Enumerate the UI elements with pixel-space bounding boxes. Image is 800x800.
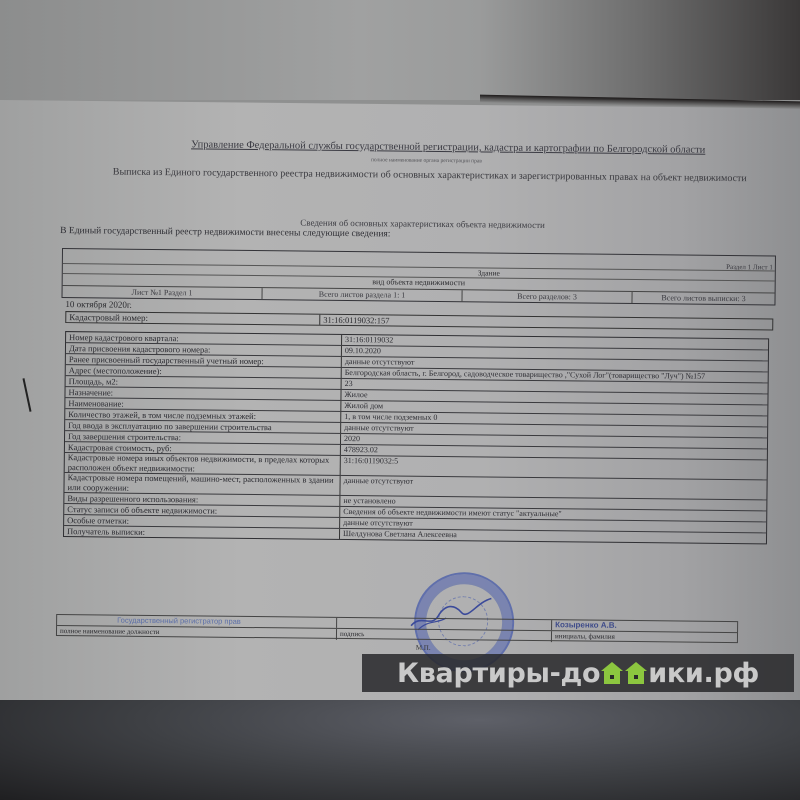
site-watermark: Квартиры-до ики.рф <box>362 654 794 692</box>
cadastral-number-value: 31:16:0119032:157 <box>320 315 772 330</box>
registrar-name: Козыренко А.В. <box>552 620 737 632</box>
row-label: Кадастровые номера помещений, машино-мес… <box>64 473 340 495</box>
document: Управление Федеральной службы государств… <box>0 0 800 700</box>
row-label: Получатель выписки: <box>64 526 340 539</box>
signature-caption: подпись <box>337 629 552 642</box>
extract-date: 10 октября 2020г. <box>65 299 131 310</box>
sheet-number: Лист №1 Раздел 1 <box>63 286 263 299</box>
total-sheets: Всего листов выписки: 3 <box>632 292 774 304</box>
watermark-text-end: ики.рф <box>648 658 759 689</box>
house-icon <box>625 662 647 684</box>
agency-caption: полное наименование органа регистрации п… <box>371 157 482 164</box>
properties-table: Номер кадастрового квартала:31:16:011903… <box>63 331 769 544</box>
extract-title: Выписка из Единого государственного реес… <box>113 167 747 185</box>
house-icon <box>601 662 623 684</box>
header-frame: Раздел 1 Лист 1 Здание вид объекта недви… <box>61 248 775 305</box>
background-bottom <box>0 700 800 800</box>
cadastral-number-label: Кадастровый номер: <box>66 312 320 325</box>
seal-caption: М.П. <box>416 644 431 652</box>
agency-name: Управление Федеральной службы государств… <box>191 139 705 155</box>
object-type: Здание <box>478 268 500 277</box>
signature-table: Государственный регистратор прав Козырен… <box>56 614 738 643</box>
intro-text: В Единый государственный реестр недвижим… <box>60 226 390 239</box>
cadastral-number-row: Кадастровый номер: 31:16:0119032:157 <box>65 311 773 330</box>
watermark-text-start: Квартиры-до <box>397 658 600 689</box>
name-caption: инициалы, фамилия <box>552 631 737 644</box>
sheets-in-section: Всего листов раздела 1: 1 <box>262 288 462 301</box>
total-sections: Всего разделов: 3 <box>462 290 632 303</box>
position-caption: полное наименование должности <box>57 626 337 640</box>
